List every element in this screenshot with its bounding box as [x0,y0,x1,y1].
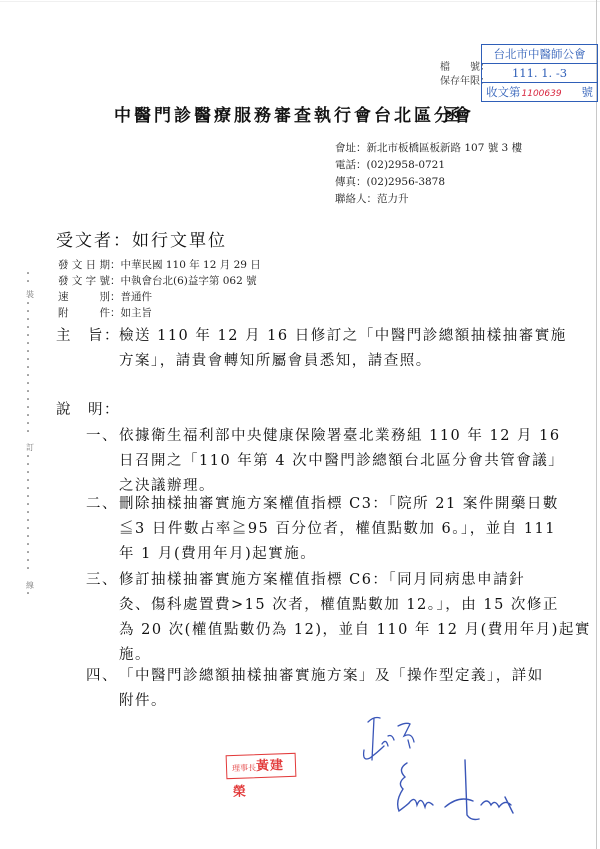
item-3-line-2: 灸、傷科處置費>15 次者，權值點數加 12。」，由 15 次修正 [119,593,559,614]
contact-person: 聯絡人：范力升 [335,191,409,206]
item-1-line-1: 依據衛生福利部中央健康保險署臺北業務組 110 年 12 月 16 [119,424,561,445]
document-type: 函 [444,101,461,126]
received-stamp: 台北市中醫師公會 111. 1. -3 收文第1100639號 [481,44,598,102]
item-3-line-3: 為 20 次(權值點數仍為 12)，並自 110 年 12 月(費用年月)起實 [119,618,591,639]
recipient: 受文者：如行文單位 [56,226,227,251]
page-right-edge [596,0,597,849]
stamp-recv-suffix: 號 [582,83,594,101]
header-value: 中執會台北(6)益字第 062 號 [121,275,257,287]
contact-phone: 電話：(02)2958-0721 [335,157,445,172]
item-1-line-2: 日召開之「110 年第 4 次中醫門診總額台北區分會共管會議」 [119,449,564,470]
header-value: 如主旨 [121,307,153,319]
chairman-seal: 理事長黃建榮 [226,753,297,779]
header-field-speed: 速別：普通件 [58,289,152,304]
item-3-line-4: 施。 [119,643,151,664]
header-field-attachment: 附件：如主旨 [58,305,152,320]
item-marker: 二、 [86,492,118,513]
stamp-org: 台北市中醫師公會 [482,45,597,64]
subject-line-2: 方案」，請貴會轉知所屬會員悉知，請查照。 [119,349,432,370]
item-marker: 三、 [86,568,118,589]
handwritten-signature [395,755,545,825]
header-key: 發文日期 [58,257,110,272]
item-2-line-1: 刪除抽樣抽審實施方案權值指標 C3：「院所 21 案件開藥日數 [119,492,559,513]
header-value: 中華民國 110 年 12 月 29 日 [121,259,261,271]
contact-address: 會址：新北市板橋區板新路 107 號 3 樓 [335,140,522,155]
item-marker: 一、 [86,424,118,445]
item-4-line-1: 「中醫門診總額抽樣抽審實施方案」及「操作型定義」，詳如 [119,664,544,685]
binding-mark-ding: 訂 [26,442,34,453]
stamp-date: 111. 1. -3 [482,64,597,83]
stamp-receipt-number: 收文第1100639號 [482,83,597,101]
header-key: 附件 [58,305,110,320]
subject-line-1: 檢送 110 年 12 月 16 日修訂之「中醫門診總額抽樣抽審實施 [119,324,567,345]
contact-fax: 傳真：(02)2956-3878 [335,174,445,189]
seal-title: 理事長 [232,763,256,773]
item-4-line-2: 附件。 [119,689,167,710]
stamp-recv-prefix: 收文第 [486,85,521,99]
letterhead-title: 中醫門診醫療服務審查執行會台北區分會 [114,101,474,126]
subject-label: 主 旨： [56,324,120,345]
header-key: 速別 [58,289,110,304]
header-field-doc-number: 發文字號：中執會台北(6)益字第 062 號 [58,273,257,288]
header-value: 普通件 [121,291,153,303]
header-field-date: 發文日期：中華民國 110 年 12 月 29 日 [58,257,261,272]
binding-mark-xian: 線 [26,580,34,591]
item-2-line-3: 年 1 月(費用年月)起實施。 [119,542,316,563]
header-key: 發文字號 [58,273,110,288]
item-3-line-1: 修訂抽樣抽審實施方案權值指標 C6：「同月同病患申請針 [119,568,525,589]
explanation-label: 說 明： [56,398,120,419]
binding-mark-zhuang: 裝 [26,289,34,300]
stamp-recv-number: 1100639 [522,89,562,99]
page-top-edge [0,1,600,2]
item-2-line-2: ≦3 日件數占率≧95 百分位者，權值點數加 6。」，並自 111 [119,517,556,538]
item-marker: 四、 [86,664,118,685]
